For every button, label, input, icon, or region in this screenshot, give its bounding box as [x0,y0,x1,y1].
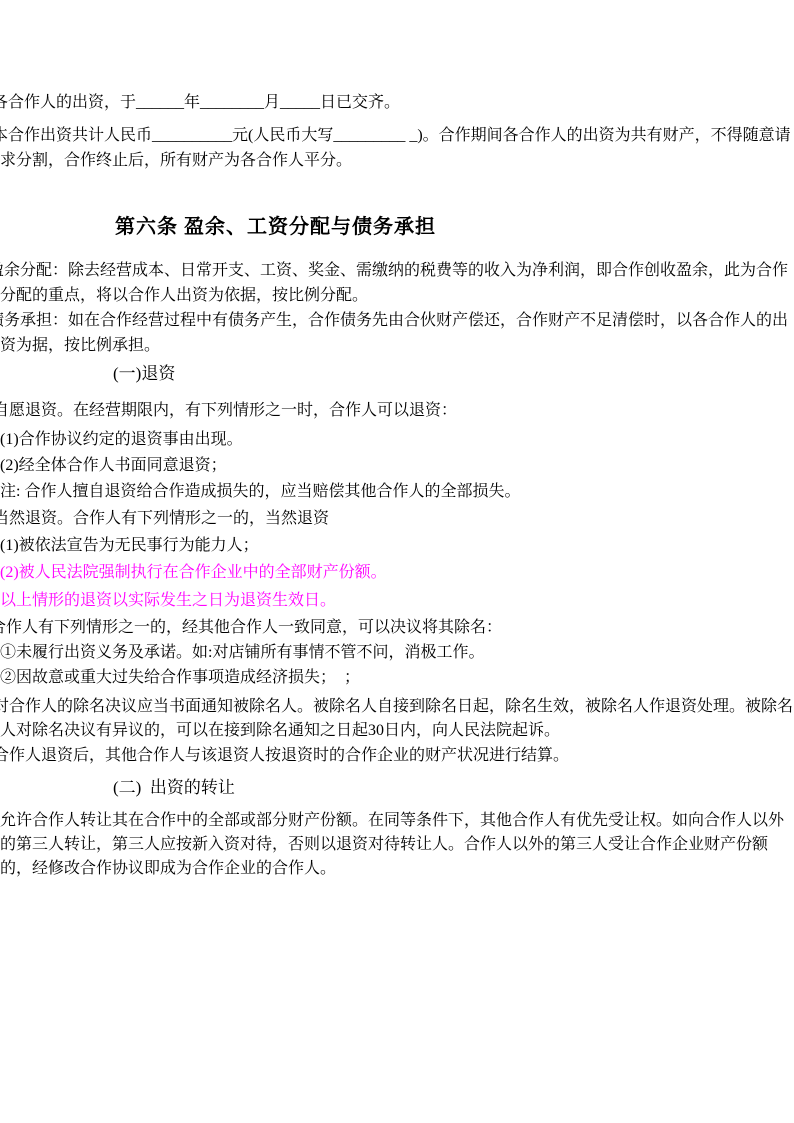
automatic-condition-2: (2)被人民法院强制执行在合作企业中的全部财产份额。 [0,560,794,585]
document-page: 2.各合作人的出资，于______年________月_____日已交齐。 3.… [0,0,794,1123]
automatic-withdrawal-item: 2. 当然退资。合作人有下列情形之一的，当然退资 [0,506,794,531]
transfer-section-heading: (二) 出资的转让 [113,774,794,802]
settlement-paragraph: 合作人退资后，其他合作人与该退资人按退资时的合作企业的财产状况进行结算。 [0,744,794,768]
profit-distribution-item: 1、盈余分配：除去经营成本、日常开支、工资、奖金、需缴纳的税费等的收入为净利润，… [0,258,794,308]
article-6-heading: 第六条 盈余、工资分配与债务承担 [115,212,694,242]
expulsion-withdrawal-item: 3. 除名退资。合作人有下列情形之一的，经其他合作人一致同意，可以决议将其除名： [0,615,794,640]
expulsion-reason-1: ①未履行出资义务及承诺。如:对店铺所有事情不管不问，消极工作。 [0,640,794,665]
transfer-paragraph: 允许合作人转让其在合作中的全部或部分财产份额。在同等条件下，其他合作人有优先受让… [0,809,794,881]
voluntary-withdrawal-item: 1. 自愿退资。在经营期限内，有下列情形之一时，合作人可以退资： [0,398,794,423]
expulsion-procedure-paragraph: 对合作人的除名决议应当书面通知被除名人。被除名人自接到除名日起，除名生效，被除名… [0,695,794,743]
clause-capital-paid-item: 2.各合作人的出资，于______年________月_____日已交齐。 [0,90,794,115]
expulsion-reason-2: ②因故意或重大过失给合作事项造成经济损失； ； [0,665,794,690]
clause-total-capital-item: 3.本合作出资共计人民币__________元(人民币大写_________ _… [0,123,794,173]
withdrawal-note: 注: 合作人擅自退资给合作造成损失的，应当赔偿其他合作人的全部损失。 [0,479,794,504]
automatic-condition-1: (1)被依法宣告为无民事行为能力人； [0,533,794,558]
withdrawal-condition-2: (2)经全体合作人书面同意退资； [0,453,794,478]
debt-assumption-item: 2、债务承担：如在合作经营过程中有债务产生，合作债务先由合伙财产偿还，合作财产不… [0,308,794,358]
withdrawal-condition-1: (1)合作协议约定的退资事由出现。 [0,427,794,452]
withdrawal-effective-note: 以上情形的退资以实际发生之日为退资生效日。 [0,588,794,613]
withdrawal-section-heading: (一)退资 [113,360,794,388]
